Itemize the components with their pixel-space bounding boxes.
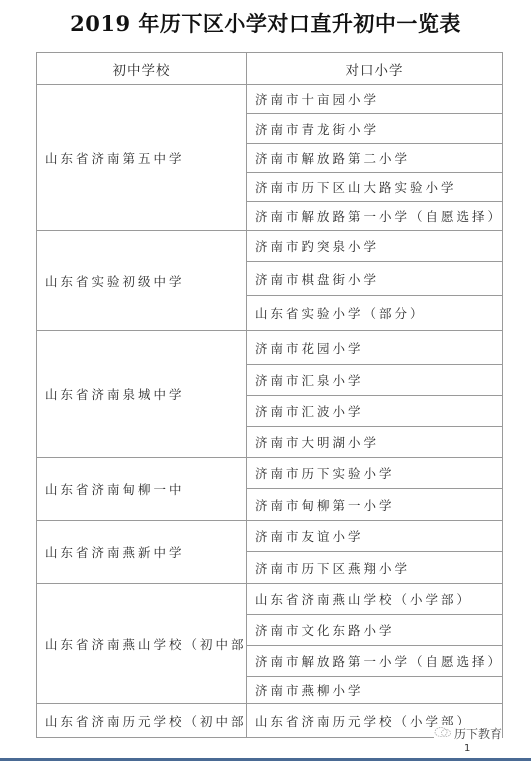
table-row: 山东省实验初级中学 济南市趵突泉小学 — [37, 231, 503, 262]
middle-school-cell: 山东省济南燕新中学 — [37, 521, 247, 584]
table-row: 山东省济南燕新中学 济南市友谊小学 — [37, 521, 503, 552]
page-title: 2019 年历下区小学对口直升初中一览表 — [0, 8, 531, 38]
primary-school-cell: 济南市汇波小学 — [247, 396, 503, 427]
primary-school-cell: 山东省济南燕山学校（小学部） — [247, 584, 503, 615]
header-middle-school: 初中学校 — [37, 53, 247, 85]
primary-school-cell: 济南市汇泉小学 — [247, 365, 503, 396]
primary-school-cell: 济南市历下实验小学 — [247, 458, 503, 489]
watermark: 历下教育 — [434, 725, 502, 742]
primary-school-cell: 济南市大明湖小学 — [247, 427, 503, 458]
primary-school-cell: 济南市甸柳第一小学 — [247, 489, 503, 521]
middle-school-cell: 山东省济南燕山学校（初中部） — [37, 584, 247, 704]
primary-school-cell: 济南市解放路第一小学（自愿选择） — [247, 646, 503, 677]
primary-school-cell: 济南市棋盘街小学 — [247, 262, 503, 296]
primary-school-cell: 济南市燕柳小学 — [247, 677, 503, 704]
primary-school-cell: 济南市解放路第二小学 — [247, 144, 503, 173]
middle-school-cell: 山东省济南第五中学 — [37, 85, 247, 231]
primary-school-cell: 济南市趵突泉小学 — [247, 231, 503, 262]
primary-school-cell: 济南市文化东路小学 — [247, 615, 503, 646]
primary-school-cell: 济南市友谊小学 — [247, 521, 503, 552]
watermark-text: 历下教育 — [454, 725, 502, 742]
middle-school-cell: 山东省济南历元学校（初中部） — [37, 704, 247, 738]
table-row: 山东省济南甸柳一中 济南市历下实验小学 — [37, 458, 503, 489]
primary-school-cell: 济南市青龙街小学 — [247, 114, 503, 144]
primary-school-cell: 山东省实验小学（部分） — [247, 296, 503, 331]
table-row: 山东省济南泉城中学 济南市花园小学 — [37, 331, 503, 365]
table-row: 山东省济南历元学校（初中部） 山东省济南历元学校（小学部） — [37, 704, 503, 738]
table-row: 山东省济南第五中学 济南市十亩园小学 — [37, 85, 503, 114]
middle-school-cell: 山东省济南甸柳一中 — [37, 458, 247, 521]
primary-school-cell: 济南市历下区山大路实验小学 — [247, 173, 503, 202]
primary-school-cell: 济南市历下区燕翔小学 — [247, 552, 503, 584]
header-primary-school: 对口小学 — [247, 53, 503, 85]
school-mapping-table: 初中学校 对口小学 山东省济南第五中学 济南市十亩园小学 济南市青龙街小学 济南… — [36, 52, 503, 738]
middle-school-cell: 山东省济南泉城中学 — [37, 331, 247, 458]
primary-school-cell: 济南市花园小学 — [247, 331, 503, 365]
primary-school-cell: 济南市十亩园小学 — [247, 85, 503, 114]
primary-school-cell: 济南市解放路第一小学（自愿选择） — [247, 202, 503, 231]
table-row: 山东省济南燕山学校（初中部） 山东省济南燕山学校（小学部） — [37, 584, 503, 615]
middle-school-cell: 山东省实验初级中学 — [37, 231, 247, 331]
wechat-icon — [434, 726, 452, 741]
table-header-row: 初中学校 对口小学 — [37, 53, 503, 85]
page-number: 1 — [464, 743, 470, 754]
